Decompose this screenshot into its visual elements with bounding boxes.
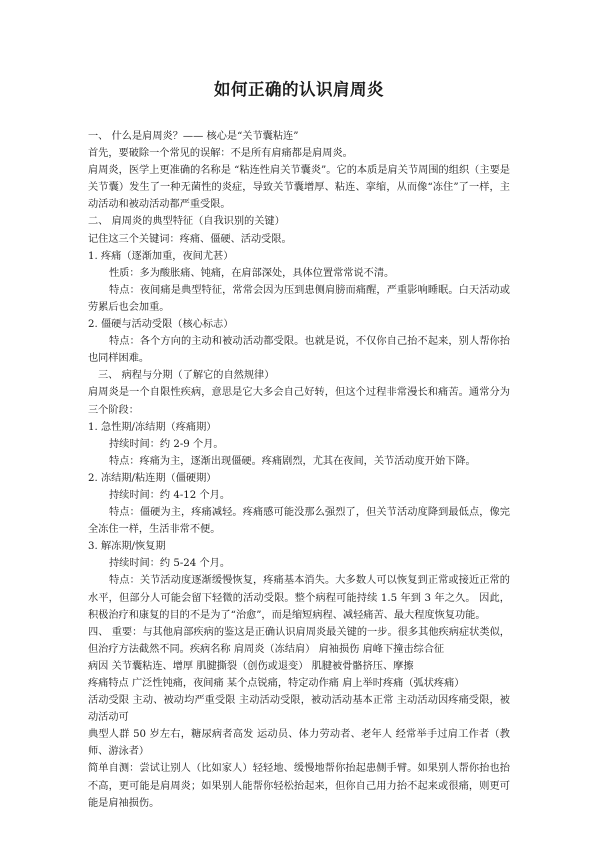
paragraph: 特点：关节活动度逐渐缓慢恢复，疼痛基本消失。大多数人可以恢复到正常或接近正常的水… (88, 572, 510, 623)
paragraph: 特点：僵硬为主，疼痛减轻。疼痛感可能没那么强烈了，但关节活动度降到最低点，像完全… (88, 504, 510, 538)
comparison-row: 病因 关节囊粘连、增厚 肌腱撕裂（创伤或退变） 肌腱被骨骼挤压、摩擦 (88, 658, 510, 675)
paragraph: 肩周炎，医学上更准确的名称是 “粘连性肩关节囊炎”。它的本质是肩关节周围的组织（… (88, 162, 510, 213)
list-item-heading: 2. 冻结期/粘连期（僵硬期） (88, 470, 510, 487)
section-heading-4: 四、 重要：与其他肩部疾病的鉴这是正确认识肩周炎最关键的一步。很多其他疾病症状类… (88, 624, 510, 658)
paragraph: 特点：夜间痛是典型特征，常常会因为压到患侧肩膀而痛醒，严重影响睡眠。白天活动或劳… (88, 282, 510, 316)
paragraph: 简单自测：尝试让别人（比如家人）轻轻地、缓慢地帮你抬起患侧手臂。如果别人帮你抬也… (88, 760, 510, 811)
comparison-row: 疼痛特点 广泛性钝痛，夜间痛 某个点锐痛，特定动作痛 肩上举时疼痛（弧状疼痛） (88, 675, 510, 692)
list-item-heading: 2. 僵硬与活动受限（核心标志） (88, 316, 510, 333)
section-heading-1: 一、 什么是肩周炎？—— 核心是“关节囊粘连” (88, 128, 510, 145)
document-page: 如何正确的认识肩周炎 一、 什么是肩周炎？—— 核心是“关节囊粘连” 首先，要破… (88, 76, 510, 812)
comparison-row: 活动受限 主动、被动均严重受限 主动活动受限，被动活动基本正常 主动活动因疼痛受… (88, 692, 510, 726)
paragraph: 持续时间：约 2-9 个月。 (88, 436, 510, 453)
comparison-row: 典型人群 50 岁左右，糖尿病者高发 运动员、体力劳动者、老年人 经常举手过肩工… (88, 726, 510, 760)
list-item-heading: 1. 疼痛（逐渐加重，夜间尤甚） (88, 248, 510, 265)
paragraph: 持续时间：约 4-12 个月。 (88, 487, 510, 504)
list-item-heading: 3. 解冻期/恢复期 (88, 538, 510, 555)
paragraph: 特点：各个方向的主动和被动活动都受限。也就是说，不仅你自己抬不起来，别人帮你抬也… (88, 333, 510, 367)
paragraph: 性质：多为酸胀痛、钝痛，在肩部深处，具体位置常常说不清。 (88, 265, 510, 282)
document-body: 一、 什么是肩周炎？—— 核心是“关节囊粘连” 首先，要破除一个常见的误解：不是… (88, 128, 510, 812)
paragraph: 肩周炎是一个自限性疾病，意思是它大多会自己好转，但这个过程非常漫长和痛苦。通常分… (88, 384, 510, 418)
paragraph: 持续时间：约 5-24 个月。 (88, 555, 510, 572)
paragraph: 记住这三个关键词：疼痛、僵硬、活动受限。 (88, 231, 510, 248)
paragraph: 特点：疼痛为主，逐渐出现僵硬。疼痛剧烈，尤其在夜间，关节活动度开始下降。 (88, 453, 510, 470)
list-item-heading: 1. 急性期/冻结期（疼痛期） (88, 419, 510, 436)
section-heading-2: 二、 肩周炎的典型特征（自我识别的关键） (88, 213, 510, 230)
document-title: 如何正确的认识肩周炎 (88, 76, 510, 100)
paragraph: 首先，要破除一个常见的误解：不是所有肩痛都是肩周炎。 (88, 145, 510, 162)
section-heading-3: 三、 病程与分期（了解它的自然规律） (88, 367, 510, 384)
